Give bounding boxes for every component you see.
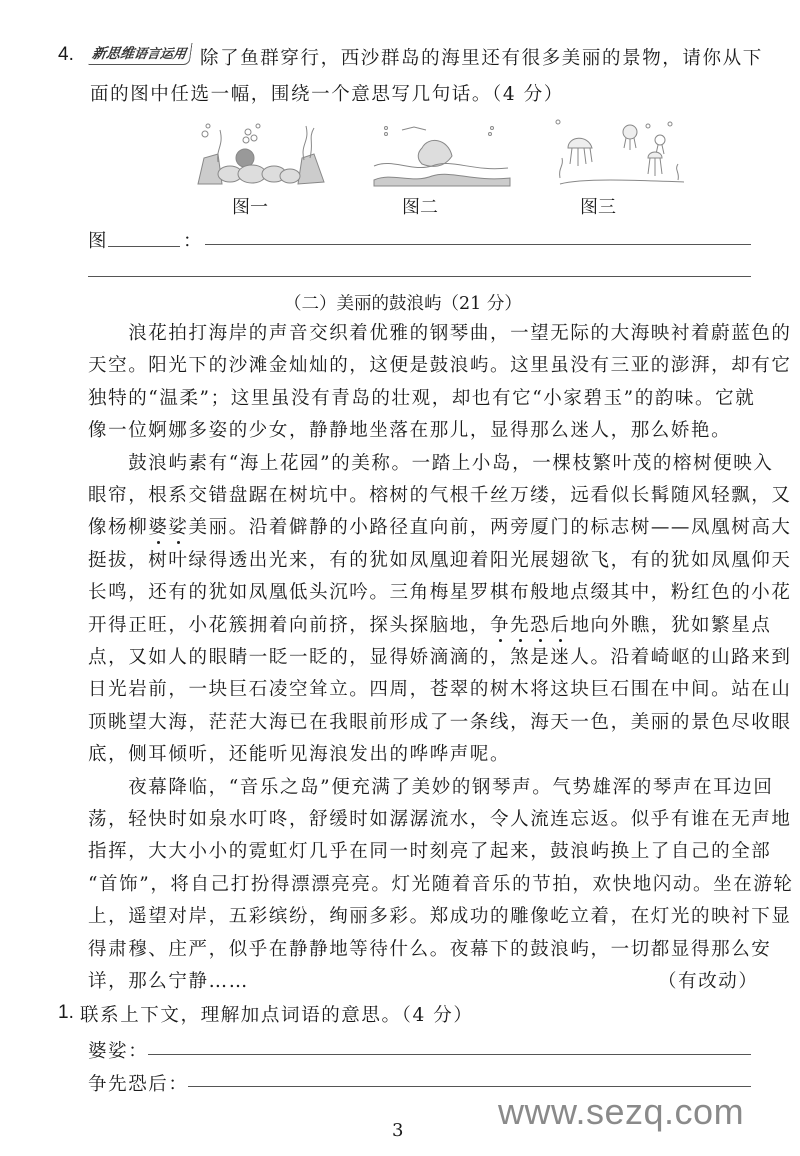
passage-line: 底，侧耳倾听，还能听见海浪发出的哗哗声呢。 bbox=[88, 740, 510, 766]
coral-reef-image bbox=[190, 118, 330, 188]
passage-line: 顶眺望大海，茫茫大海已在我眼前形成了一条线，海天一色，美丽的景色尽收眼 bbox=[88, 708, 792, 734]
badge-label: 新思维语言运用 bbox=[88, 43, 192, 65]
watermark: www.sezq.com bbox=[498, 1091, 744, 1133]
section-title: （二）美丽的鼓浪屿（21 分） bbox=[284, 290, 522, 315]
dolphin-image bbox=[372, 118, 512, 188]
passage-line: 日光岩前，一块巨石凌空耸立。四周，苍翠的树木将这块巨石围在中间。站在山 bbox=[88, 675, 792, 701]
answer-figure-prefix: 图 bbox=[88, 227, 108, 253]
figure-2-label: 图二 bbox=[380, 193, 460, 219]
section-score: （21 分） bbox=[442, 294, 522, 314]
answer-colon: ： bbox=[183, 227, 203, 253]
passage-line: 天空。阳光下的沙滩金灿灿的，这便是鼓浪屿。这里虽没有三亚的澎湃，却有它 bbox=[88, 351, 792, 377]
section-name: 美丽的鼓浪屿 bbox=[337, 293, 442, 313]
jellyfish-image bbox=[552, 118, 692, 188]
dotted-emphasis-term: 争先恐后 bbox=[490, 615, 570, 636]
question-1-number: 1. bbox=[58, 1002, 74, 1024]
term-posuo-label: 婆娑： bbox=[88, 1037, 148, 1063]
term-zhengxiankonghou-label: 争先恐后： bbox=[88, 1070, 189, 1096]
passage-line: 鼓浪屿素有“海上花园”的美称。一踏上小岛，一棵枝繁叶茂的榕树便映入 bbox=[88, 449, 773, 475]
passage-line: 详，那么宁静…… bbox=[88, 967, 249, 993]
passage-text: 地向外瞧，犹如繁星点 bbox=[570, 615, 771, 636]
term-zhengxiankonghou-answer-line[interactable] bbox=[188, 1086, 751, 1087]
section-number: （二） bbox=[284, 293, 337, 313]
term-posuo-answer-line[interactable] bbox=[148, 1054, 751, 1055]
passage-line: 挺拔，树叶绿得透出光来，有的犹如凤凰迎着阳光展翅欲飞，有的犹如凤凰仰天 bbox=[88, 546, 792, 572]
passage-line: 浪花拍打海岸的声音交织着优雅的钢琴曲，一望无际的大海映衬着蔚蓝色的 bbox=[88, 319, 792, 345]
passage-line: 得肃穆、庄严，似乎在静静地等待什么。夜幕下的鼓浪屿，一切都显得那么安 bbox=[88, 935, 771, 961]
passage-line: 长鸣，还有的犹如凤凰低头沉吟。三角梅星罗棋布般地点缀其中，粉红色的小花 bbox=[88, 578, 792, 604]
source-note: （有改动） bbox=[658, 967, 759, 993]
passage-line: 像杨柳婆娑美丽。沿着僻静的小路径直向前，两旁厦门的标志树——凤凰树高大 bbox=[88, 513, 792, 539]
passage-line: 眼帘，根系交错盘踞在树坑中。榕树的气根千丝万缕，远看似长髯随风轻飘，又 bbox=[88, 481, 792, 507]
passage-line: 独特的“温柔”；这里虽没有青岛的壮观，却也有它“小家碧玉”的韵味。它就 bbox=[88, 384, 755, 410]
figure-1-label: 图一 bbox=[210, 193, 290, 219]
question-4-line1: 除了鱼群穿行，西沙群岛的海里还有很多美丽的景物，请你从下 bbox=[200, 44, 763, 70]
new-thinking-badge: 新思维语言运用 bbox=[90, 43, 191, 65]
passage-line: 指挥，大大小小的霓虹灯几乎在同一时刻亮了起来，鼓浪屿换上了自己的全部 bbox=[88, 837, 771, 863]
passage-line: 像一位婀娜多姿的少女，静静地坐落在那儿，显得那么迷人，那么娇艳。 bbox=[88, 416, 731, 442]
passage-line: 点，又如人的眼睛一眨一眨的，显得娇滴滴的，煞是迷人。沿着崎岖的山路来到 bbox=[88, 643, 792, 669]
answer-line-1[interactable] bbox=[205, 244, 751, 245]
badge-part1: 新思维 bbox=[91, 45, 135, 61]
passage-text: 开得正旺，小花簇拥着向前挤，探头探脑地， bbox=[88, 615, 490, 636]
passage-text: 像杨柳 bbox=[88, 517, 148, 538]
passage-line: 荡，轻快时如泉水叮咚，舒缓时如潺潺流水，令人流连忘返。似乎有谁在无声地 bbox=[88, 805, 792, 831]
question-4-number: 4. bbox=[58, 44, 74, 66]
passage-line: “首饰”，将自己打扮得漂漂亮亮。灯光随着音乐的节拍，欢快地闪动。坐在游轮 bbox=[88, 870, 794, 896]
answer-line-2[interactable] bbox=[88, 276, 751, 277]
figure-3-label: 图三 bbox=[558, 193, 638, 219]
dotted-emphasis-term: 婆娑 bbox=[148, 517, 188, 538]
passage-line: 开得正旺，小花簇拥着向前挤，探头探脑地，争先恐后地向外瞧，犹如繁星点 bbox=[88, 611, 771, 637]
passage-text: 美丽。沿着僻静的小路径直向前，两旁厦门的标志树——凤凰树高大 bbox=[189, 517, 792, 538]
question-4-line2: 面的图中任选一幅，围绕一个意思写几句话。（4 分） bbox=[90, 80, 564, 106]
figure-number-blank[interactable] bbox=[108, 246, 180, 247]
passage-line: 上，遥望对岸，五彩缤纷，绚丽多彩。郑成功的雕像屹立着，在灯光的映衬下显 bbox=[88, 902, 792, 928]
passage-line: 夜幕降临，“音乐之岛”便充满了美妙的钢琴声。气势雄浑的琴声在耳边回 bbox=[88, 773, 773, 799]
badge-part2: 语言运用 bbox=[133, 46, 187, 61]
question-1-prompt: 联系上下文，理解加点词语的意思。（4 分） bbox=[80, 1001, 474, 1027]
page-number: 3 bbox=[392, 1120, 403, 1141]
